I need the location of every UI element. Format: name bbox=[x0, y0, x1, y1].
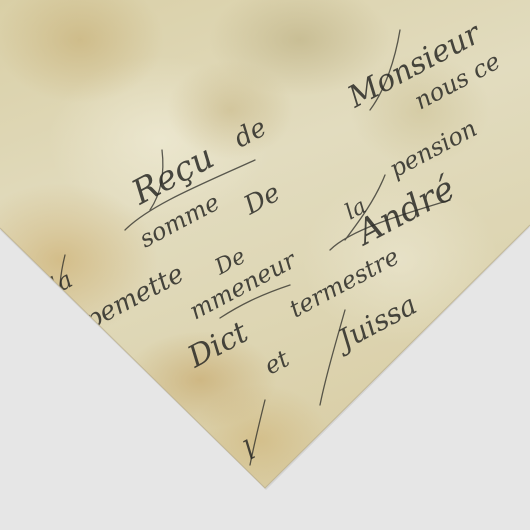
handwritten-word: l bbox=[239, 436, 260, 466]
flourish-stroke bbox=[250, 400, 265, 465]
handwritten-word: la bbox=[45, 265, 78, 300]
handwritten-word: et bbox=[260, 344, 295, 380]
handwriting-overlay: ReçudeMonsieurnous cesommeDelapensionlap… bbox=[0, 0, 530, 530]
flourish-stroke bbox=[320, 310, 345, 405]
cursive-text-layer: ReçudeMonsieurnous cesommeDelapensionlap… bbox=[0, 0, 530, 530]
handwritten-word: de bbox=[229, 113, 271, 155]
handwritten-word: et bbox=[109, 362, 146, 401]
product-photo: ReçudeMonsieurnous cesommeDelapensionlap… bbox=[0, 0, 530, 530]
handwritten-word: pemette bbox=[79, 259, 189, 336]
handwritten-word: Dict bbox=[181, 314, 254, 375]
handwritten-word: De bbox=[238, 178, 285, 222]
